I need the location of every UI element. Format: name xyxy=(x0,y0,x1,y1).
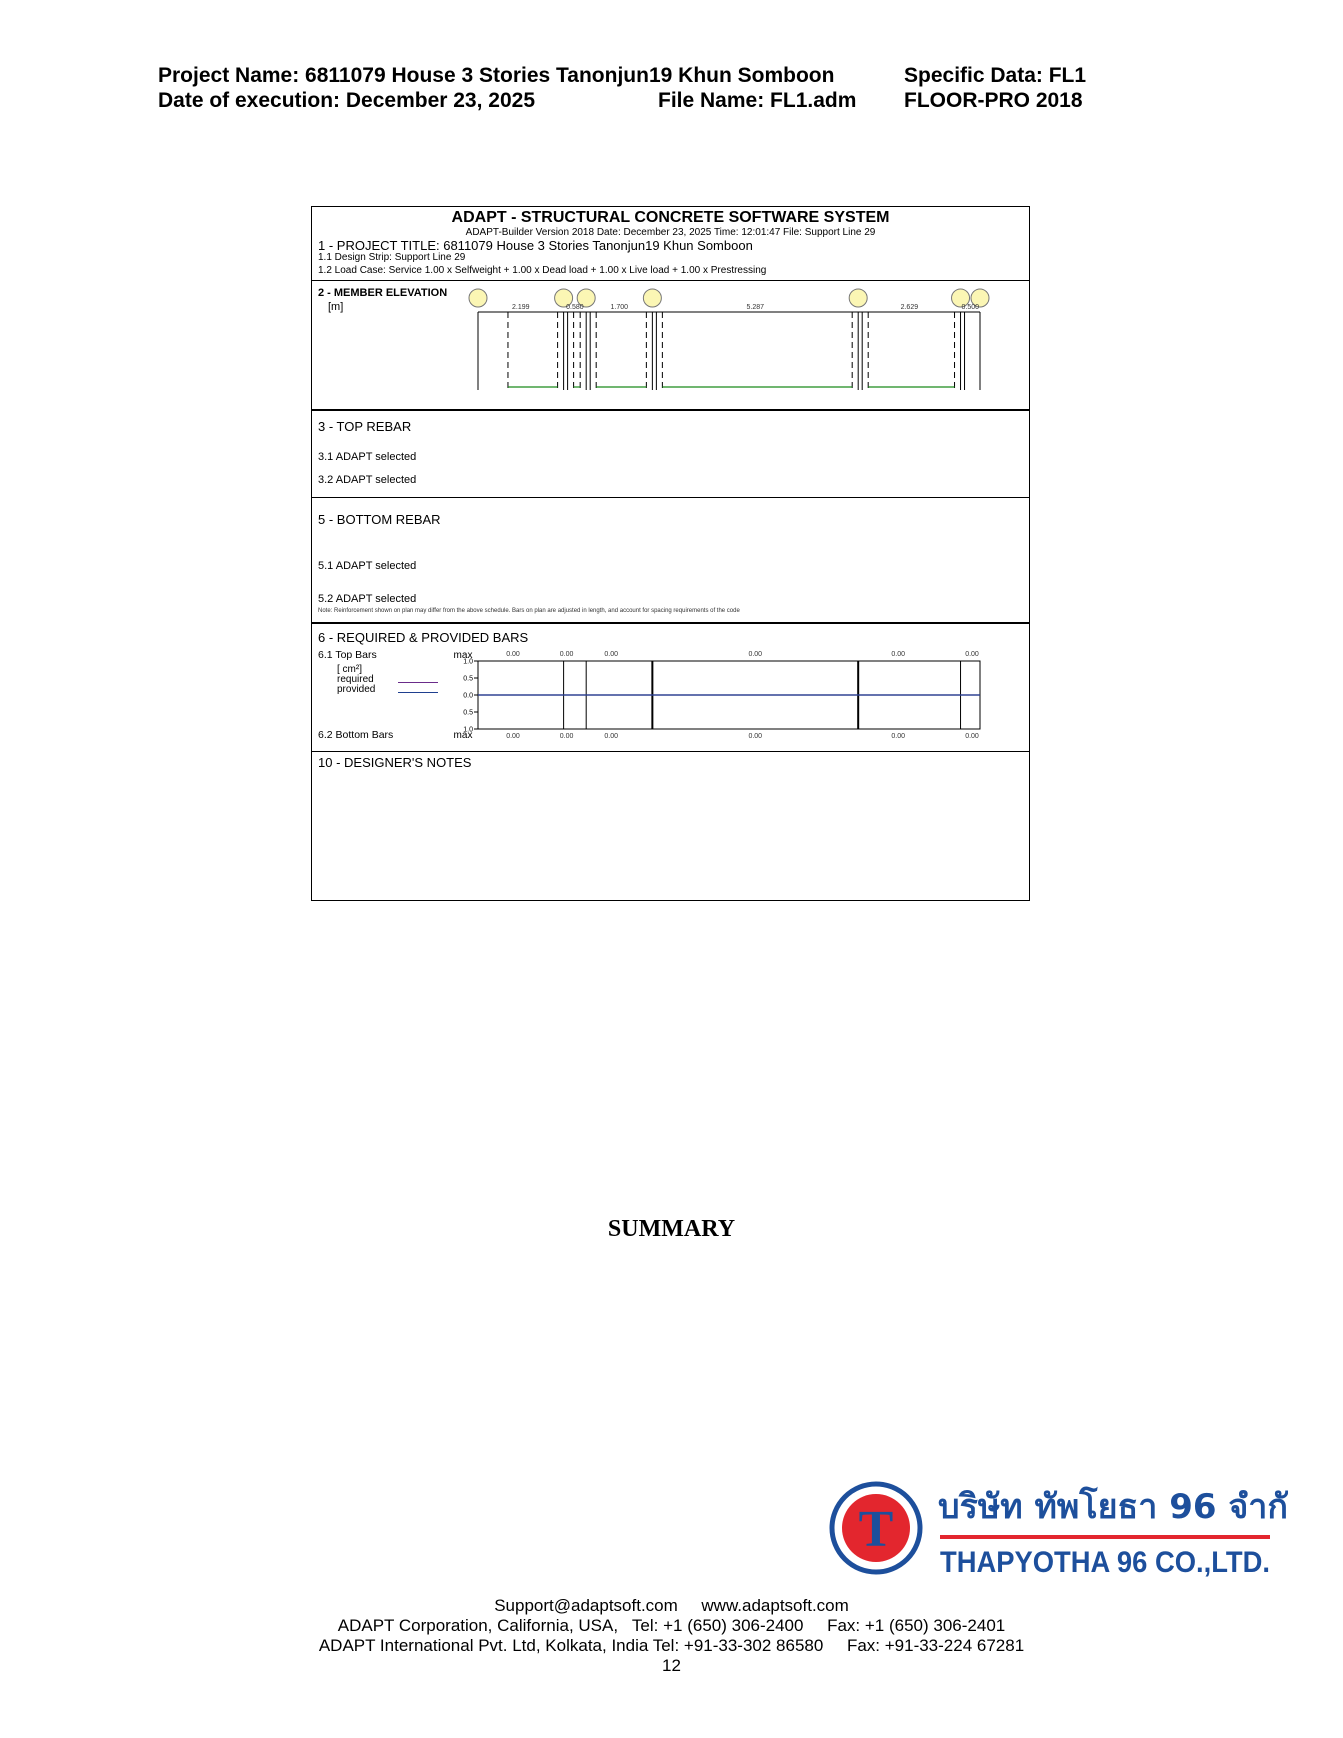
svg-text:0.00: 0.00 xyxy=(560,733,574,740)
top-rebar-row-2: 3.2 ADAPT selected xyxy=(318,474,416,486)
svg-text:0.00: 0.00 xyxy=(506,651,520,658)
page-footer: Support@adaptsoft.com www.adaptsoft.com … xyxy=(0,1596,1343,1676)
member-elevation-section: 2 - MEMBER ELEVATION [m] 2.1990.5801.700… xyxy=(312,281,1029,411)
required-provided-bars-section: 6 - REQUIRED & PROVIDED BARS 6.1 Top Bar… xyxy=(312,624,1029,752)
svg-text:0.00: 0.00 xyxy=(965,651,979,658)
company-logo-graphic: T บริษัท ทัพโยธา 96 จำกัด THAPYOTHA 96 C… xyxy=(828,1468,1288,1594)
load-case: 1.2 Load Case: Service 1.00 x Selfweight… xyxy=(318,265,766,276)
bottom-rebar-row-2: 5.2 ADAPT selected xyxy=(318,593,416,605)
svg-text:0.00: 0.00 xyxy=(506,733,520,740)
project-name: Project Name: 6811079 House 3 Stories Ta… xyxy=(158,63,834,88)
svg-text:0.00: 0.00 xyxy=(748,651,762,658)
svg-text:max: max xyxy=(454,650,473,661)
top-rebar-row-1: 3.1 ADAPT selected xyxy=(318,451,416,463)
svg-text:0.5: 0.5 xyxy=(463,676,473,683)
svg-text:0.00: 0.00 xyxy=(604,651,618,658)
member-elevation-diagram: 2.1990.5801.7005.2872.6290.500 xyxy=(312,281,1029,411)
footer-us-office: ADAPT Corporation, California, USA, Tel:… xyxy=(0,1616,1343,1636)
svg-text:0.500: 0.500 xyxy=(962,304,980,311)
summary-heading: SUMMARY xyxy=(0,1216,1343,1243)
bottom-rebar-section: 5 - BOTTOM REBAR 5.1 ADAPT selected 5.2 … xyxy=(312,498,1029,624)
adapt-report: ADAPT - STRUCTURAL CONCRETE SOFTWARE SYS… xyxy=(311,206,1030,901)
file-name: File Name: FL1.adm xyxy=(658,88,856,113)
top-rebar-section: 3 - TOP REBAR 3.1 ADAPT selected 3.2 ADA… xyxy=(312,411,1029,498)
design-strip: 1.1 Design Strip: Support Line 29 xyxy=(318,252,465,263)
report-title: ADAPT - STRUCTURAL CONCRETE SOFTWARE SYS… xyxy=(312,209,1029,227)
svg-text:0.00: 0.00 xyxy=(604,733,618,740)
svg-text:0.00: 0.00 xyxy=(560,651,574,658)
bottom-rebar-row-1: 5.1 ADAPT selected xyxy=(318,560,416,572)
footer-contact: Support@adaptsoft.com www.adaptsoft.com xyxy=(0,1596,1343,1616)
designers-notes-heading: 10 - DESIGNER'S NOTES xyxy=(318,755,471,770)
svg-text:max: max xyxy=(454,730,473,741)
svg-text:5.287: 5.287 xyxy=(747,304,765,311)
report-subtitle: ADAPT-Builder Version 2018 Date: Decembe… xyxy=(312,227,1029,238)
svg-text:1.700: 1.700 xyxy=(611,304,629,311)
report-header-section: ADAPT - STRUCTURAL CONCRETE SOFTWARE SYS… xyxy=(312,207,1029,281)
designers-notes-section: 10 - DESIGNER'S NOTES xyxy=(312,752,1029,900)
svg-text:0.0: 0.0 xyxy=(463,693,473,700)
svg-text:0.580: 0.580 xyxy=(566,304,584,311)
footer-india-office: ADAPT International Pvt. Ltd, Kolkata, I… xyxy=(0,1636,1343,1656)
company-logo: T บริษัท ทัพโยธา 96 จำกัด THAPYOTHA 96 C… xyxy=(828,1468,1288,1594)
bottom-rebar-note: Note: Reinforcement shown on plan may di… xyxy=(318,608,740,614)
svg-text:T: T xyxy=(859,1501,894,1558)
project-title: 1 - PROJECT TITLE: 6811079 House 3 Stori… xyxy=(318,238,753,253)
bottom-rebar-heading: 5 - BOTTOM REBAR xyxy=(318,512,441,527)
svg-text:2.199: 2.199 xyxy=(512,304,530,311)
svg-text:0.00: 0.00 xyxy=(965,733,979,740)
page-number: 12 xyxy=(0,1656,1343,1676)
top-rebar-heading: 3 - TOP REBAR xyxy=(318,419,411,434)
svg-text:0.00: 0.00 xyxy=(891,733,905,740)
svg-text:2.629: 2.629 xyxy=(901,304,919,311)
specific-data: Specific Data: FL1 xyxy=(904,63,1086,88)
svg-text:บริษัท ทัพโยธา 96 จำกัด: บริษัท ทัพโยธา 96 จำกัด xyxy=(938,1486,1288,1527)
date-of-execution: Date of execution: December 23, 2025 xyxy=(158,88,535,113)
svg-text:0.00: 0.00 xyxy=(891,651,905,658)
svg-text:0.00: 0.00 xyxy=(748,733,762,740)
svg-text:THAPYOTHA 96 CO.,LTD.: THAPYOTHA 96 CO.,LTD. xyxy=(940,1546,1270,1579)
required-provided-bars-chart: 1.00.50.00.51.0maxmax0.000.000.000.000.0… xyxy=(312,624,1029,752)
software-version: FLOOR-PRO 2018 xyxy=(904,88,1083,113)
svg-text:0.5: 0.5 xyxy=(463,710,473,717)
